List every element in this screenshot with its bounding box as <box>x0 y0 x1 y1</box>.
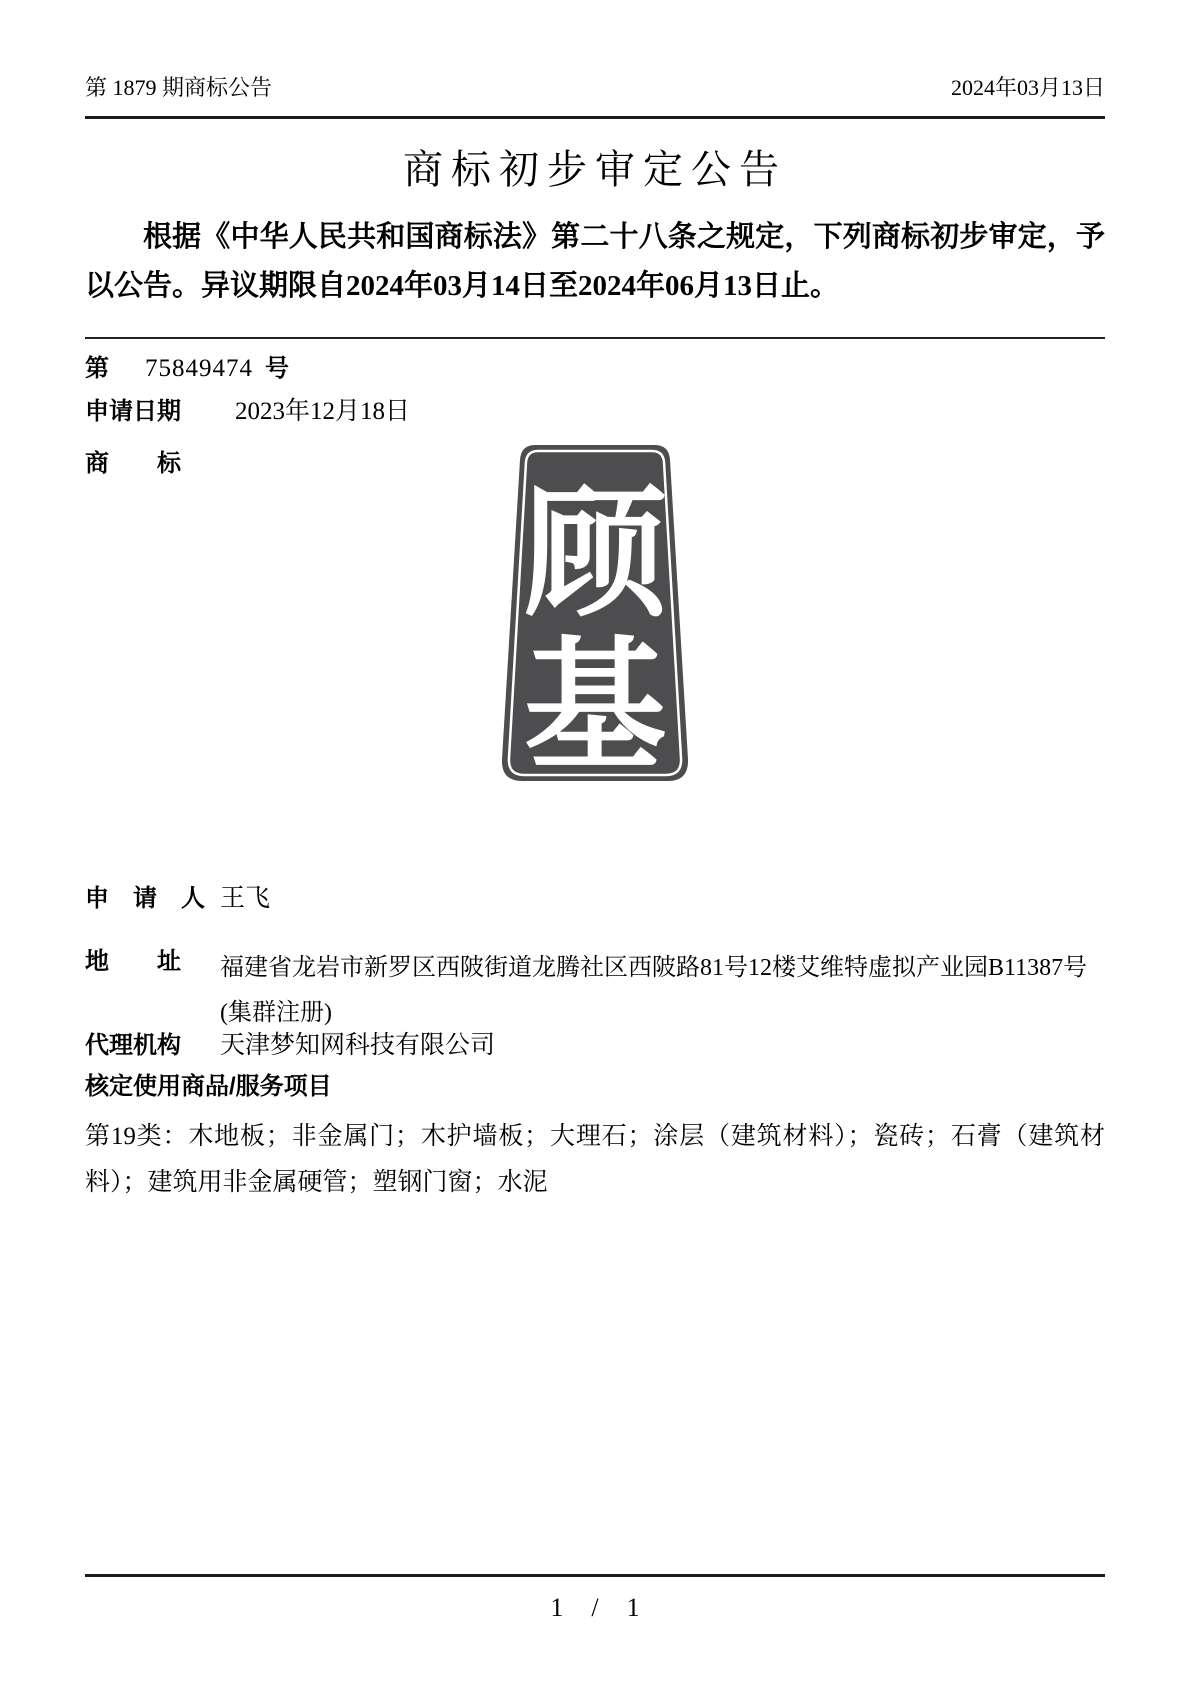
intro-paragraph: 根据《中华人民共和国商标法》第二十八条之规定，下列商标初步审定，予以公告。异议期… <box>85 213 1105 311</box>
trademark-logo-image: 顾 基 <box>497 443 693 783</box>
header-issue-label: 第 1879 期商标公告 <box>85 72 272 103</box>
field-address: 地 址 福建省龙岩市新罗区西陂街道龙腾社区西陂路81号12楼艾维特虚拟产业园B1… <box>85 946 1105 1036</box>
agency-label: 代理机构 <box>85 1030 220 1061</box>
logo-char-top: 顾 <box>524 472 669 637</box>
trademark-logo: 顾 基 <box>497 443 693 788</box>
header-date-label: 2024年03月13日 <box>951 72 1105 103</box>
field-trademark: 商 标 顾 基 <box>85 443 1105 795</box>
page-total: 1 <box>627 1592 640 1624</box>
trademark-label: 商 标 <box>85 443 181 478</box>
page-title: 商标初步审定公告 <box>85 145 1105 195</box>
applicant-value: 王飞 <box>220 883 270 914</box>
footer-rule <box>85 1574 1105 1577</box>
header-rule <box>85 116 1105 119</box>
apply-date-value: 2023年12月18日 <box>235 396 410 427</box>
logo-char-bottom: 基 <box>524 624 666 783</box>
gazette-page: 第 1879 期商标公告 2024年03月13日 商标初步审定公告 根据《中华人… <box>0 0 1190 1684</box>
address-label: 地 址 <box>85 946 220 977</box>
reg-no-value: 75849474 <box>145 353 253 384</box>
agency-value: 天津梦知网科技有限公司 <box>220 1030 495 1061</box>
apply-date-label: 申请日期 <box>85 396 220 427</box>
field-applicant: 申 请 人 王飞 <box>85 883 1105 914</box>
field-apply-date: 申请日期 2023年12月18日 <box>85 396 1105 427</box>
page-header: 第 1879 期商标公告 2024年03月13日 <box>85 72 1105 103</box>
page-current: 1 <box>550 1592 563 1624</box>
goods-heading: 核定使用商品/服务项目 <box>85 1071 1105 1102</box>
reg-no-suffix-label: 号 <box>265 353 289 384</box>
section-rule <box>85 337 1105 339</box>
applicant-label: 申 请 人 <box>85 883 220 914</box>
goods-paragraph: 第19类：木地板；非金属门；木护墙板；大理石；涂层（建筑材料）；瓷砖；石膏（建筑… <box>85 1114 1105 1206</box>
page-number: 1 / 1 <box>0 1592 1190 1624</box>
address-value: 福建省龙岩市新罗区西陂街道龙腾社区西陂路81号12楼艾维特虚拟产业园B11387… <box>220 946 1087 1036</box>
reg-no-prefix-label: 第 <box>85 353 145 384</box>
page-separator: / <box>591 1592 598 1624</box>
field-registration-number: 第 75849474 号 <box>85 353 1105 384</box>
page-content: 第 1879 期商标公告 2024年03月13日 商标初步审定公告 根据《中华人… <box>85 0 1105 1206</box>
